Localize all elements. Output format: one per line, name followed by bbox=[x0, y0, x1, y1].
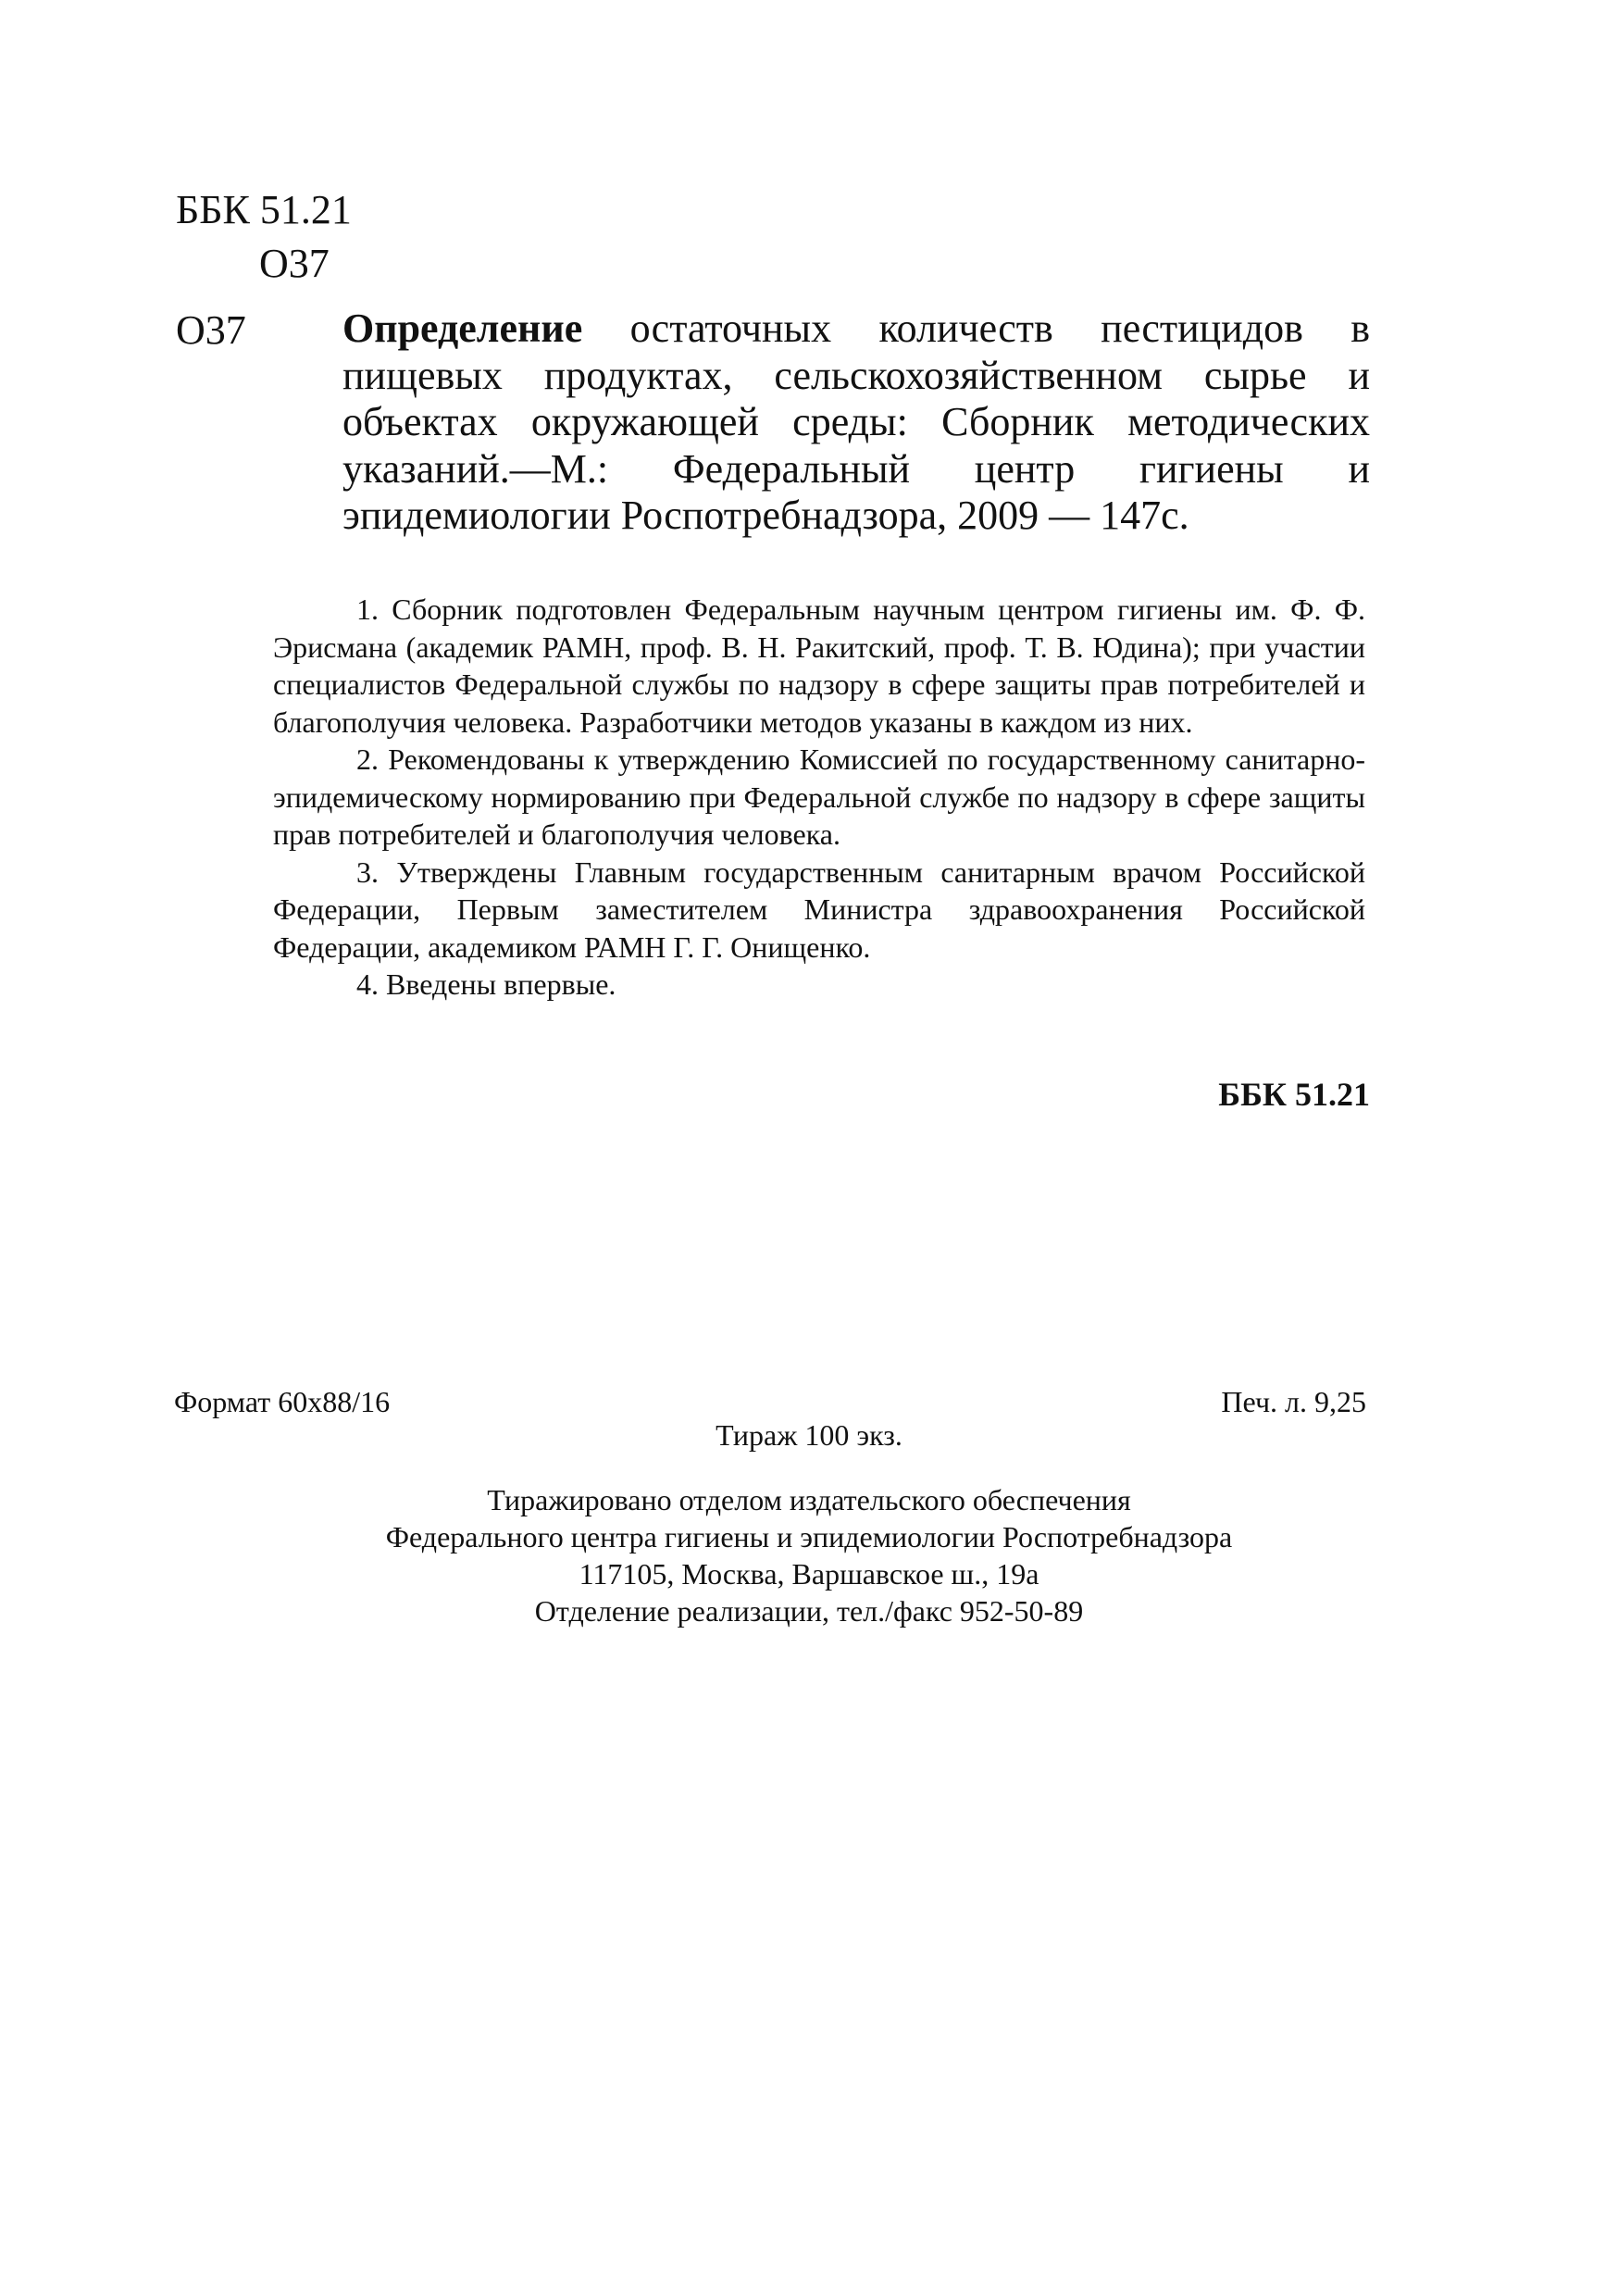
publisher-line: Федерального центра гигиены и эпидемиоло… bbox=[0, 1518, 1618, 1555]
print-run-info: Тираж 100 экз. bbox=[0, 1416, 1618, 1454]
bibliographic-entry: Определение остаточных количеств пестици… bbox=[342, 306, 1370, 540]
note-item: 2. Рекомендованы к утверждению Комиссией… bbox=[273, 741, 1365, 854]
printed-sheets-info: Печ. л. 9,25 bbox=[1221, 1383, 1366, 1420]
publisher-address: 117105, Москва, Варшавское ш., 19а bbox=[0, 1555, 1618, 1592]
entry-code: О37 bbox=[176, 306, 246, 356]
note-item: 3. Утверждены Главным государственным са… bbox=[273, 854, 1365, 967]
publisher-line: Тиражировано отделом издательского обесп… bbox=[0, 1481, 1618, 1518]
notes-section: 1. Сборник подготовлен Федеральным научн… bbox=[273, 591, 1365, 1004]
publisher-contact: Отделение реализации, тел./факс 952-50-8… bbox=[0, 1592, 1618, 1629]
author-mark: О37 bbox=[259, 239, 330, 289]
note-item: 1. Сборник подготовлен Федеральным научн… bbox=[273, 591, 1365, 741]
bbk-index: ББК 51.21 bbox=[176, 185, 352, 235]
bbk-index-right: ББК 51.21 bbox=[1218, 1074, 1370, 1115]
format-info: Формат 60х88/16 bbox=[174, 1383, 390, 1420]
entry-title-bold: Определение bbox=[342, 306, 582, 351]
publisher-block: Тиражировано отделом издательского обесп… bbox=[0, 1481, 1618, 1629]
note-item: 4. Введены впервые. bbox=[273, 966, 1365, 1004]
